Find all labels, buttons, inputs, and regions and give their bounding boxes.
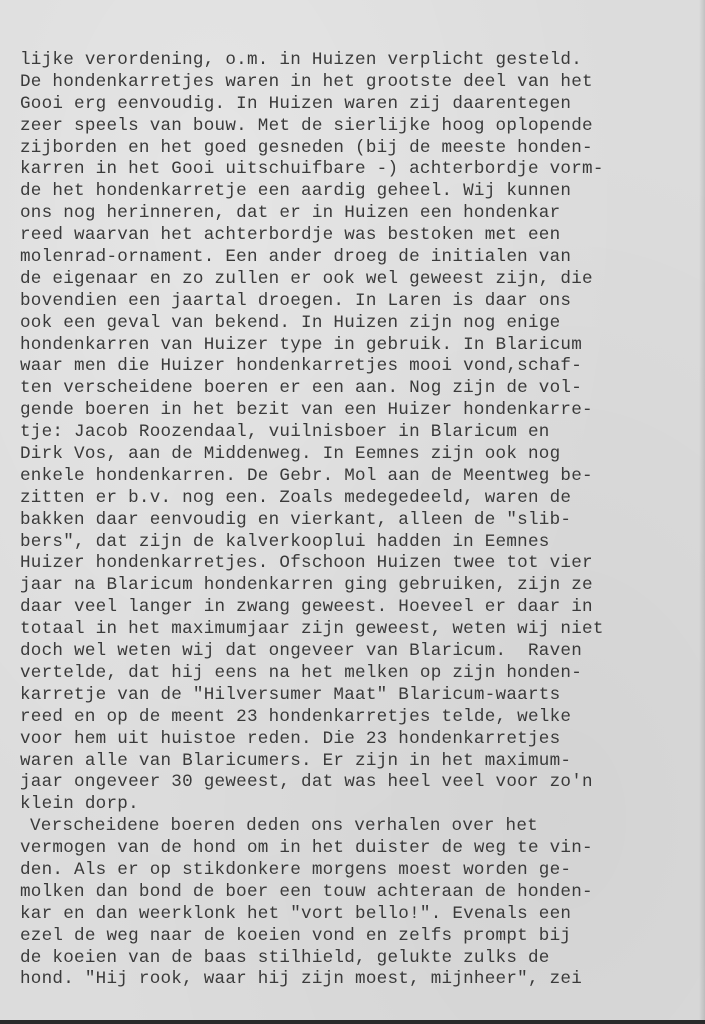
text-line: hondenkarren van Huizer type in gebruik.…	[20, 335, 700, 357]
text-line: voor hem uit huistoe reden. Die 23 honde…	[20, 729, 700, 751]
text-line: vertelde, dat hij eens na het melken op …	[20, 663, 700, 685]
text-line: gende boeren in het bezit van een Huizer…	[20, 400, 700, 422]
text-line: de eigenaar en zo zullen er ook wel gewe…	[20, 269, 700, 291]
text-line: daar veel langer in zwang geweest. Hoeve…	[20, 597, 700, 619]
text-line: reed en op de meent 23 hondenkarretjes t…	[20, 707, 700, 729]
text-line: zeer speels van bouw. Met de sierlijke h…	[20, 116, 700, 138]
text-line: enkele hondenkarren. De Gebr. Mol aan de…	[20, 466, 700, 488]
text-line: vermogen van de hond om in het duister d…	[20, 838, 700, 860]
text-line: de koeien van de baas stilhield, gelukte…	[20, 948, 700, 970]
text-line: molken dan bond de boer een touw achtera…	[20, 882, 700, 904]
text-line: doch wel weten wij dat ongeveer van Blar…	[20, 641, 700, 663]
text-line: bers", dat zijn de kalverkooplui hadden …	[20, 532, 700, 554]
text-line: de het hondenkarretje een aardig geheel.…	[20, 181, 700, 203]
text-line: klein dorp.	[20, 794, 700, 816]
text-line: jaar ongeveer 30 geweest, dat was heel v…	[20, 772, 700, 794]
text-line: karren in het Gooi uitschuifbare -) acht…	[20, 159, 700, 181]
text-line: Huizer hondenkarretjes. Ofschoon Huizen …	[20, 553, 700, 575]
text-line: den. Als er op stikdonkere morgens moest…	[20, 860, 700, 882]
scanned-page: lijke verordening, o.m. in Huizen verpli…	[0, 0, 705, 1024]
text-line: ons nog herinneren, dat er in Huizen een…	[20, 203, 700, 225]
text-line: waren alle van Blaricumers. Er zijn in h…	[20, 751, 700, 773]
text-line: zitten er b.v. nog een. Zoals medegedeel…	[20, 488, 700, 510]
text-line: hond. "Hij rook, waar hij zijn moest, mi…	[20, 969, 700, 991]
text-line: zijborden en het goed gesneden (bij de m…	[20, 138, 700, 160]
text-line: ezel de weg naar de koeien vond en zelfs…	[20, 926, 700, 948]
text-line: totaal in het maximumjaar zijn geweest, …	[20, 619, 700, 641]
text-line: jaar na Blaricum hondenkarren ging gebru…	[20, 575, 700, 597]
text-line: waar men die Huizer hondenkarretjes mooi…	[20, 356, 700, 378]
paragraph-first-line: Verscheidene boeren deden ons verhalen o…	[20, 816, 700, 838]
text-line: bakken daar eenvoudig en vierkant, allee…	[20, 510, 700, 532]
text-line: ten verscheidene boeren er een aan. Nog …	[20, 378, 700, 400]
text-line: Gooi erg eenvoudig. In Huizen waren zij …	[20, 94, 700, 116]
text-line: De hondenkarretjes waren in het grootste…	[20, 72, 700, 94]
typewritten-text-body: lijke verordening, o.m. in Huizen verpli…	[20, 50, 700, 991]
text-line: molenrad-ornament. Een ander droeg de in…	[20, 247, 700, 269]
text-line: karretje van de "Hilversumer Maat" Blari…	[20, 685, 700, 707]
text-line: ook een geval van bekend. In Huizen zijn…	[20, 313, 700, 335]
text-line: Dirk Vos, aan de Middenweg. In Eemnes zi…	[20, 444, 700, 466]
text-line: bovendien een jaartal droegen. In Laren …	[20, 291, 700, 313]
page-bottom-edge	[0, 1020, 705, 1024]
text-line: kar en dan weerklonk het "vort bello!". …	[20, 904, 700, 926]
text-line: lijke verordening, o.m. in Huizen verpli…	[20, 50, 700, 72]
text-line: reed waarvan het achterbordje was bestok…	[20, 225, 700, 247]
text-line: tje: Jacob Roozendaal, vuilnisboer in Bl…	[20, 422, 700, 444]
